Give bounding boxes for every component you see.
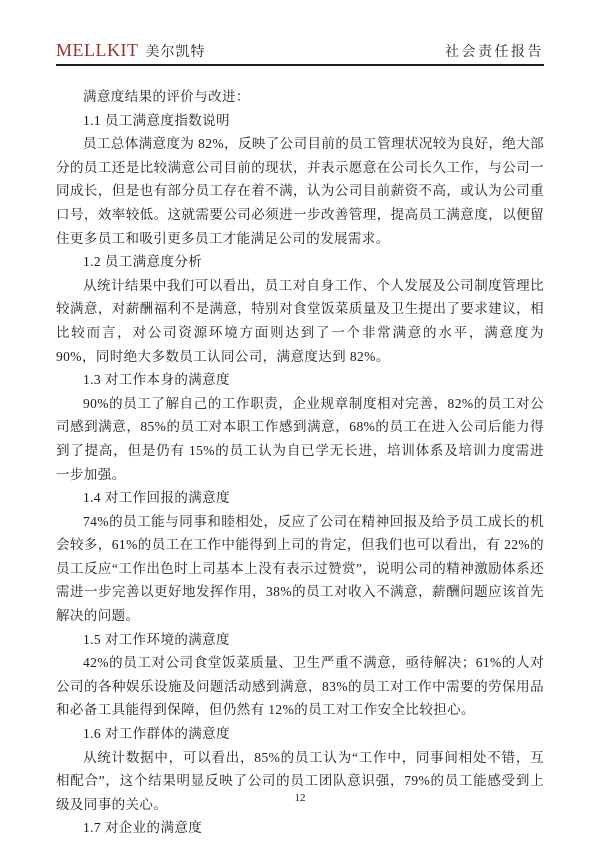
section-heading-1-5: 1.5 对工作环境的满意度: [56, 628, 544, 652]
logo-latin-text: MELLKIT: [56, 40, 138, 61]
company-logo: MELLKIT 美尔凯特: [56, 40, 205, 61]
page-header: MELLKIT 美尔凯特 社会责任报告: [56, 0, 544, 64]
header-rule: [56, 64, 544, 66]
section-heading-1-4: 1.4 对工作回报的满意度: [56, 486, 544, 510]
document-body: 满意度结果的评价与改进： 1.1 员工满意度指数说明 员工总体满意度为 82%，…: [56, 85, 544, 840]
paragraph-1-1: 员工总体满意度为 82%，反映了公司目前的员工管理状况较为良好，绝大部分的员工还…: [56, 132, 544, 250]
paragraph-1-5: 42%的员工对公司食堂饭菜质量、卫生严重不满意，亟待解决；61%的人对公司的各种…: [56, 651, 544, 722]
report-page: MELLKIT 美尔凯特 社会责任报告 满意度结果的评价与改进： 1.1 员工满…: [0, 0, 600, 848]
paragraph-1-6: 从统计数据中，可以看出，85%的员工认为“工作中，同事间相处不错，互相配合”，这…: [56, 746, 544, 817]
section-heading-1-7: 1.7 对企业的满意度: [56, 816, 544, 840]
lead-line: 满意度结果的评价与改进：: [56, 85, 544, 109]
section-heading-1-2: 1.2 员工满意度分析: [56, 250, 544, 274]
section-heading-1-6: 1.6 对工作群体的满意度: [56, 722, 544, 746]
paragraph-1-4: 74%的员工能与同事和睦相处，反应了公司在精神回报及给予员工成长的机会较多，61…: [56, 510, 544, 628]
section-heading-1-3: 1.3 对工作本身的满意度: [56, 368, 544, 392]
logo-chinese-text: 美尔凯特: [145, 41, 205, 61]
paragraph-1-3: 90%的员工了解自己的工作职责，企业规章制度相对完善，82%的员工对公司感到满意…: [56, 392, 544, 486]
page-number: 12: [0, 792, 600, 804]
paragraph-1-2: 从统计结果中我们可以看出，员工对自身工作、个人发展及公司制度管理比较满意，对薪酬…: [56, 274, 544, 368]
section-heading-1-1: 1.1 员工满意度指数说明: [56, 109, 544, 133]
report-title: 社会责任报告: [445, 41, 544, 61]
